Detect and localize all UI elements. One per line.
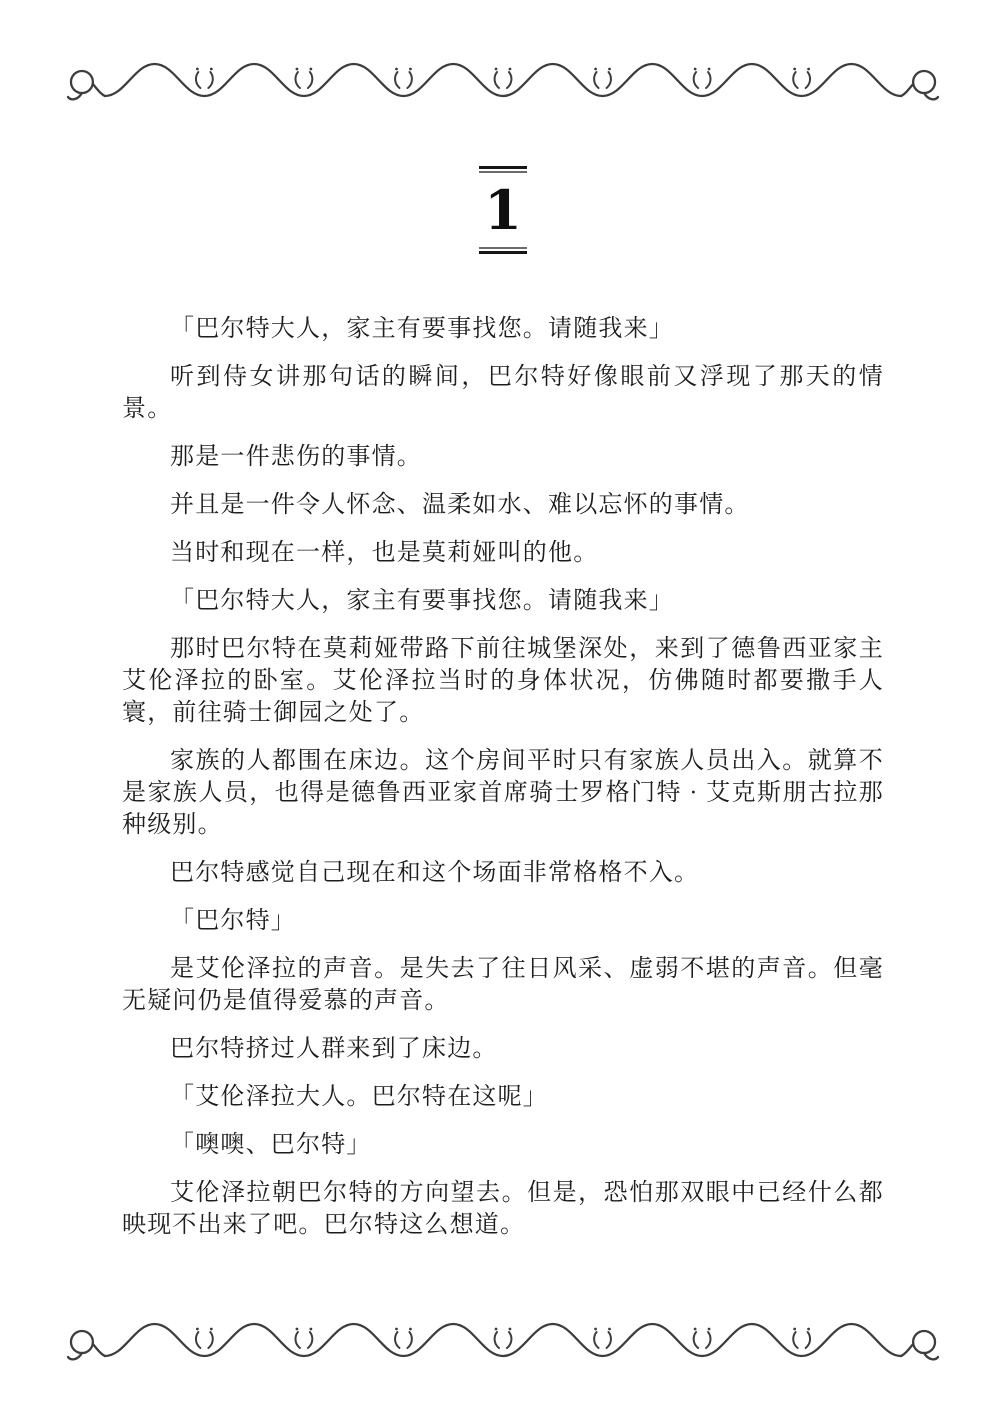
paragraph: 「噢噢、巴尔特」: [122, 1129, 884, 1161]
book-page: 1 「巴尔特大人，家主有要事找您。请随我来」听到侍女讲那句话的瞬间，巴尔特好像眼…: [0, 0, 1006, 1422]
paragraph: 「巴尔特」: [122, 905, 884, 937]
paragraph: 巴尔特感觉自己现在和这个场面非常格格不入。: [122, 857, 884, 889]
chapter-rule-bottom: [479, 247, 527, 254]
paragraph: 「巴尔特大人，家主有要事找您。请随我来」: [122, 585, 884, 617]
paragraph: 当时和现在一样，也是莫莉娅叫的他。: [122, 537, 884, 569]
top-scroll-ornament-border: [65, 52, 941, 110]
paragraph: 巴尔特挤过人群来到了床边。: [122, 1033, 884, 1065]
chapter-number: 1: [0, 179, 1006, 241]
chapter-rule-top: [479, 166, 527, 173]
paragraph: 「艾伦泽拉大人。巴尔特在这呢」: [122, 1081, 884, 1113]
paragraph: 那时巴尔特在莫莉娅带路下前往城堡深处，来到了德鲁西亚家主艾伦泽拉的卧室。艾伦泽拉…: [122, 633, 884, 729]
paragraph: 并且是一件令人怀念、温柔如水、难以忘怀的事情。: [122, 489, 884, 521]
paragraph: 「巴尔特大人，家主有要事找您。请随我来」: [122, 313, 884, 345]
chapter-text: 「巴尔特大人，家主有要事找您。请随我来」听到侍女讲那句话的瞬间，巴尔特好像眼前又…: [122, 313, 884, 1257]
paragraph: 那是一件悲伤的事情。: [122, 441, 884, 473]
bottom-scroll-ornament-border: [65, 1312, 941, 1370]
paragraph: 是艾伦泽拉的声音。是失去了往日风采、虚弱不堪的声音。但毫无疑问仍是值得爱慕的声音…: [122, 953, 884, 1017]
paragraph: 艾伦泽拉朝巴尔特的方向望去。但是，恐怕那双眼中已经什么都映现不出来了吧。巴尔特这…: [122, 1177, 884, 1241]
paragraph: 家族的人都围在床边。这个房间平时只有家族人员出入。就算不是家族人员，也得是德鲁西…: [122, 745, 884, 841]
chapter-heading: 1: [0, 166, 1006, 254]
paragraph: 听到侍女讲那句话的瞬间，巴尔特好像眼前又浮现了那天的情景。: [122, 361, 884, 425]
